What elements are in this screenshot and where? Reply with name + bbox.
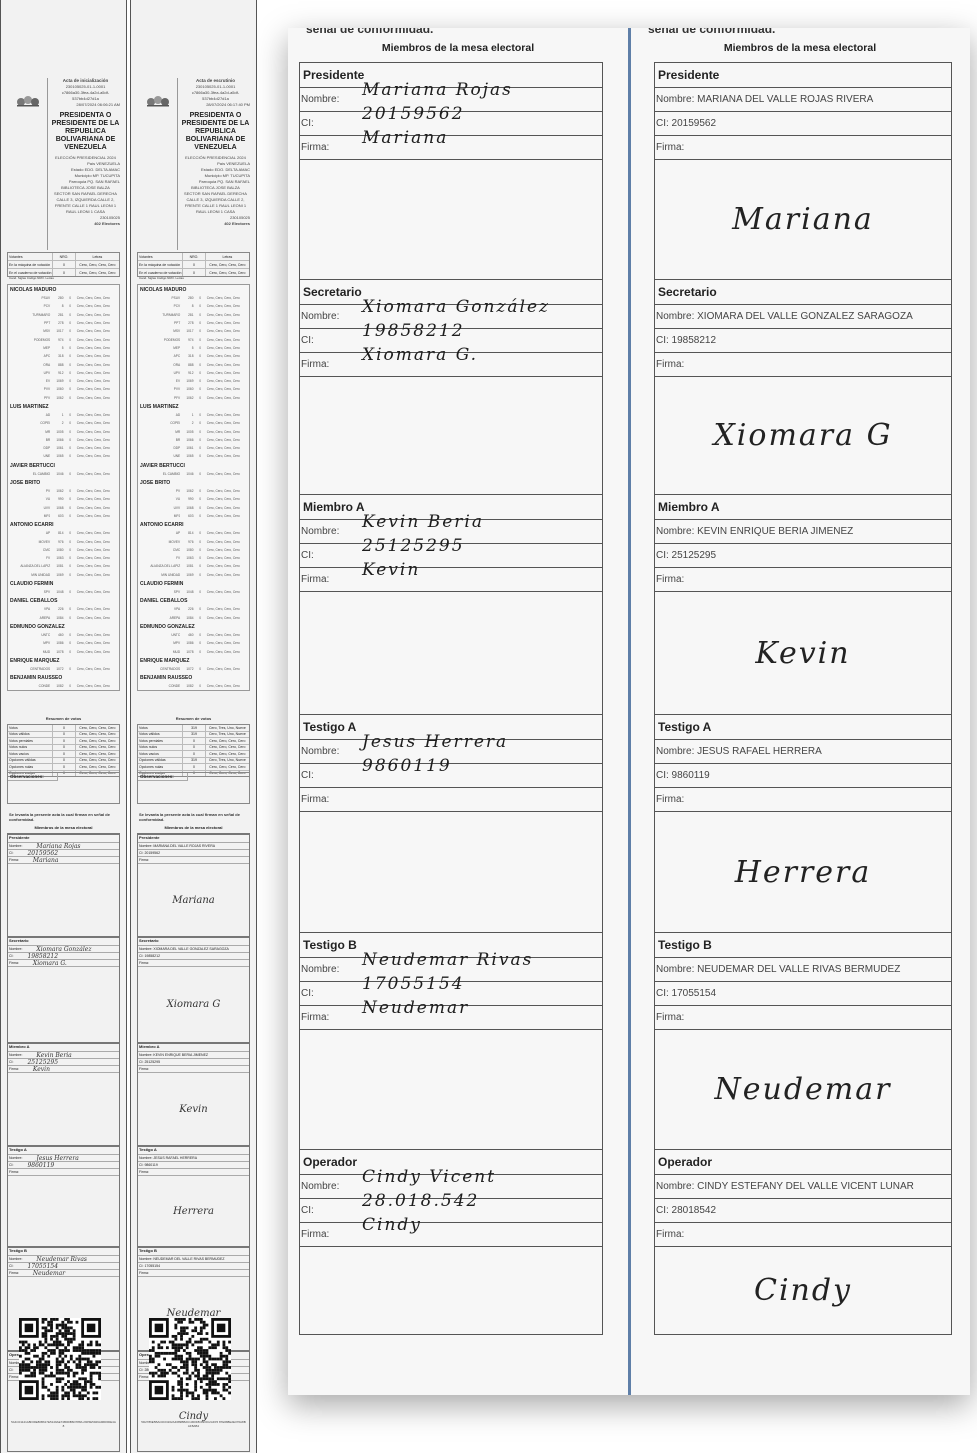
signature-field: Firma: (138, 1270, 249, 1277)
party-row: CONDE10820Cero, Cero, Cero, Cero (8, 682, 119, 690)
party-row: UNTC4600Cero, Cero, Cero, Cero (138, 631, 249, 639)
candidate-results: NICOLAS MADUROPSUV2800Cero, Cero, Cero, … (7, 284, 120, 691)
party-row: PPT2780Cero, Cero, Cero, Cero (138, 319, 249, 327)
party-row: PFV10620Cero, Cero, Cero, Cero (8, 394, 119, 402)
party-acronym: PSUV (8, 296, 50, 300)
firma-label: Firma: (9, 1375, 19, 1379)
party-votes-letters: Cero, Cero, Cero, Cero (77, 321, 119, 325)
party-row: MOVEV9760Cero, Cero, Cero, Cero (8, 537, 119, 545)
party-votes: 0 (193, 438, 206, 442)
name-label: Nombre: MARIANA DEL VALLE ROJAS RIVERA (656, 94, 873, 105)
candidate-subheaders: Cand. Siglas Código NRO. Letras (139, 276, 248, 280)
party-votes: 0 (193, 590, 206, 594)
party-votes: 0 (193, 387, 206, 391)
party-row: COPEI20Cero, Cero, Cero, Cero (8, 419, 119, 427)
cell: 0 (53, 725, 76, 731)
party-row: UNE10650Cero, Cero, Cero, Cero (8, 452, 119, 460)
party-row: TUPAMARO2810Cero, Cero, Cero, Cero (8, 311, 119, 319)
firma-label: Firma: (9, 1271, 19, 1275)
party-acronym: BR (138, 438, 180, 442)
header-cell: Letras (76, 255, 119, 259)
name-label: Nombre: NEUDEMAR DEL VALLE RIVAS BERMUDE… (139, 1257, 225, 1261)
handwritten-signature: Kevin (362, 560, 420, 580)
name-field: Nombre: XIOMARA DEL VALLE GONZALEZ SARAG… (138, 946, 249, 953)
firma-label: Firma: (139, 961, 149, 965)
party-acronym: ALIANZA DEL LAPIZ (8, 564, 50, 568)
ci-label: CI: (301, 988, 314, 999)
party-votes: 0 (193, 472, 206, 476)
firma-label: Firma: (656, 142, 684, 153)
party-code: 1 (180, 413, 193, 417)
cell: 0 (53, 758, 76, 764)
party-code: 280 (50, 296, 63, 300)
handwritten-ci: 25125295 (362, 536, 465, 556)
cell: Cero, Cero, Cero, Cero (206, 745, 249, 749)
signature-field: Firma: (138, 1169, 249, 1176)
party-row: MR10050Cero, Cero, Cero, Cero (8, 427, 119, 435)
signature: Kevin (655, 592, 951, 714)
party-row: PV10620Cero, Cero, Cero, Cero (8, 487, 119, 495)
handwritten-ci: 20159562 (27, 850, 58, 857)
party-acronym: DDP (8, 446, 50, 450)
party-row: MPV10860Cero, Cero, Cero, Cero (8, 639, 119, 647)
party-votes-letters: Cero, Cero, Cero, Cero (207, 641, 249, 645)
party-acronym: TUPAMARO (8, 313, 50, 317)
table-row: En el cuaderno de votación0Cero, Cero, C… (8, 269, 119, 276)
handwritten-name: Xiomara González (36, 946, 91, 953)
party-row: UPV9120Cero, Cero, Cero, Cero (138, 369, 249, 377)
party-row: UNE10650Cero, Cero, Cero, Cero (138, 452, 249, 460)
party-acronym: MEP (138, 346, 180, 350)
mini-section: Miembro ANombre:Kevin BeriaCI:25125295Fi… (7, 1043, 120, 1146)
cell: Opciones válidas (8, 758, 53, 764)
cell: Votos (8, 725, 53, 731)
header-cell: Letras (206, 255, 249, 259)
handwritten-name: Xiomara González (362, 297, 550, 317)
party-row: MOVEV9760Cero, Cero, Cero, Cero (138, 537, 249, 545)
party-row: ALIANZA DEL LAPIZ10810Cero, Cero, Cero, … (8, 562, 119, 570)
party-acronym: PCV (8, 304, 50, 308)
ci-field: CI: 20159562 (655, 112, 951, 136)
party-votes-letters: Cero, Cero, Cero, Cero (207, 684, 249, 688)
cell: Votos válidos (8, 732, 53, 738)
party-row: APC3180Cero, Cero, Cero, Cero (138, 352, 249, 360)
ci-label: CI: (301, 118, 314, 129)
party-code: 888 (180, 363, 193, 367)
firma-label: Firma: (9, 1067, 19, 1071)
act-datetime: 28/07/2024 06:06:21 AM (51, 102, 120, 108)
party-code: 603 (180, 514, 193, 518)
signature-area (8, 967, 119, 1042)
name-field: Nombre: XIOMARA DEL VALLE GONZALEZ SARAG… (655, 305, 951, 329)
firma-label: Firma: (139, 1271, 149, 1275)
party-code: 1 (50, 413, 63, 417)
party-code: 1082 (180, 684, 193, 688)
signature-field: Firma: (655, 568, 951, 592)
cell: En la máquina de votación (8, 261, 53, 268)
party-votes: 0 (63, 329, 76, 333)
handwritten-signature: Mariana (362, 128, 448, 148)
signature-field: Firma: (138, 960, 249, 967)
closing-text-cut: señal de conformidad. (648, 28, 775, 36)
party-votes-letters: Cero, Cero, Cero, Cero (77, 338, 119, 342)
signature-area (300, 377, 602, 495)
cell: Votos nulos (138, 745, 183, 751)
header-cell: Votantes (8, 253, 53, 260)
ci-label: CI: 20159562 (656, 118, 716, 129)
party-code: 1046 (50, 472, 63, 476)
party-row: PCV80Cero, Cero, Cero, Cero (138, 302, 249, 310)
party-votes: 0 (63, 616, 76, 620)
signature-field: Firma: (655, 788, 951, 812)
party-code: 912 (50, 371, 63, 375)
resumen-table: Votos319Cero, Tres, Uno, NueveVotos váli… (137, 724, 250, 777)
party-code: 1069 (50, 379, 63, 383)
party-votes-letters: Cero, Cero, Cero, Cero (77, 421, 119, 425)
party-votes: 0 (63, 573, 76, 577)
party-acronym: CONDE (8, 684, 50, 688)
party-votes: 0 (63, 548, 76, 552)
party-acronym: EV (138, 379, 180, 383)
firma-label: Firma: (656, 1012, 684, 1023)
party-code: 1062 (50, 489, 63, 493)
signature: Neudemar (655, 1030, 951, 1149)
party-votes-letters: Cero, Cero, Cero, Cero (77, 396, 119, 400)
ci-label: CI: (9, 1264, 13, 1268)
party-row: MSV10170Cero, Cero, Cero, Cero (138, 327, 249, 335)
party-votes-letters: Cero, Cero, Cero, Cero (77, 387, 119, 391)
candidate-name: ANTONIO ECARRI (8, 520, 119, 529)
name-label: Nombre: (301, 1181, 339, 1192)
closing-text-cut: señal de conformidad. (306, 28, 433, 36)
party-row: PPT2780Cero, Cero, Cero, Cero (8, 319, 119, 327)
name-field: Nombre: KEVIN ENRIQUE BERIA JIMENEZ (655, 520, 951, 544)
party-row: PV10620Cero, Cero, Cero, Cero (138, 487, 249, 495)
cell: 0 (53, 269, 76, 276)
party-row: AD10Cero, Cero, Cero, Cero (8, 411, 119, 419)
signature-field: Firma: (138, 857, 249, 864)
party-votes-letters: Cero, Cero, Cero, Cero (207, 489, 249, 493)
handwritten-name: Jesus Herrera (362, 732, 508, 752)
party-votes: 0 (63, 446, 76, 450)
name-label: Nombre: JESUS RAFAEL HERRERA (656, 746, 822, 757)
signature-field: Firma:Xiomara G. (8, 960, 119, 967)
party-code: 976 (180, 540, 193, 544)
receipt-header: Acta de escrutinio230105025-01-1-0001c78… (137, 78, 250, 250)
handwritten-ci: 9860119 (27, 1162, 54, 1169)
party-acronym: CENTRADOS (8, 667, 50, 671)
party-votes: 0 (193, 363, 206, 367)
party-row: FV10630Cero, Cero, Cero, Cero (8, 554, 119, 562)
handwritten-ci: 20159562 (362, 104, 465, 124)
cell: Opciones nulas (8, 764, 53, 770)
party-votes: 0 (63, 296, 76, 300)
party-votes: 0 (193, 313, 206, 317)
signature-field: Firma: (655, 1006, 951, 1030)
handwritten-name: Jesus Herrera (36, 1155, 78, 1162)
mesa-section-testigo-b: Testigo BNombre: NEUDEMAR DEL VALLE RIVA… (655, 933, 951, 1150)
party-acronym: PODEMOS (8, 338, 50, 342)
candidate-name: NICOLAS MADURO (8, 285, 119, 294)
party-votes: 0 (193, 616, 206, 620)
direccion: SECTOR SAN RAFAEL DERECHA CALLE 3, IZQUI… (181, 191, 250, 215)
firma-label: Firma: (656, 794, 684, 805)
party-row: MUD10780Cero, Cero, Cero, Cero (8, 647, 119, 655)
party-acronym: PODEMOS (138, 338, 180, 342)
party-row: ORA8880Cero, Cero, Cero, Cero (138, 360, 249, 368)
cell: Cero, Cero, Cero, Cero (206, 752, 249, 756)
firma-label: Firma: (656, 359, 684, 370)
party-row: UVV10680Cero, Cero, Cero, Cero (8, 504, 119, 512)
cell: Votos vacíos (8, 751, 53, 757)
party-code: 1017 (180, 329, 193, 333)
party-votes: 0 (63, 531, 76, 535)
party-acronym: EL CAMBIO (138, 472, 180, 476)
party-votes: 0 (193, 430, 206, 434)
party-votes-letters: Cero, Cero, Cero, Cero (207, 616, 249, 620)
ci-field: CI:9860119 (8, 1162, 119, 1169)
party-row: APC3180Cero, Cero, Cero, Cero (8, 352, 119, 360)
header-cell: Votantes (138, 253, 183, 260)
cell: Cero, Cero, Cero, Cero (206, 765, 249, 769)
party-row: MPV10860Cero, Cero, Cero, Cero (138, 639, 249, 647)
signature-area (8, 1176, 119, 1246)
party-votes-letters: Cero, Cero, Cero, Cero (77, 667, 119, 671)
party-votes-letters: Cero, Cero, Cero, Cero (77, 313, 119, 317)
party-votes-letters: Cero, Cero, Cero, Cero (77, 446, 119, 450)
cell: Votos válidos (138, 732, 183, 738)
party-votes-letters: Cero, Cero, Cero, Cero (207, 296, 249, 300)
party-row: MSV10170Cero, Cero, Cero, Cero (8, 327, 119, 335)
party-code: 1080 (50, 548, 63, 552)
party-votes: 0 (193, 454, 206, 458)
name-label: Nombre: XIOMARA DEL VALLE GONZALEZ SARAG… (656, 311, 913, 322)
cne-logo-icon (145, 94, 171, 108)
signature-area (8, 864, 119, 936)
party-code: 1069 (180, 379, 193, 383)
role-label: Testigo B (138, 1247, 249, 1256)
handwritten-signature: Neudemar (362, 998, 469, 1018)
party-acronym: EV (8, 379, 50, 383)
candidate-name: LUIS MARTINEZ (138, 402, 249, 411)
ci-field: CI:20159562 (300, 112, 602, 136)
party-votes: 0 (63, 506, 76, 510)
firma-label: Firma: (656, 574, 684, 585)
candidate-name: JOSE BRITO (138, 478, 249, 487)
act-hash: c7866a30-3fea-4a2d-a5df-537bb4d27d1a (51, 90, 120, 102)
party-votes: 0 (63, 514, 76, 518)
party-row: COPEI20Cero, Cero, Cero, Cero (138, 419, 249, 427)
ci-label: CI: (9, 1163, 13, 1167)
party-row: MPJ6030Cero, Cero, Cero, Cero (138, 512, 249, 520)
name-label: Nombre: (9, 1053, 22, 1057)
mini-mesa-form: Miembros de la mesa electoralPresidenteN… (7, 825, 120, 1295)
party-votes-letters: Cero, Cero, Cero, Cero (77, 329, 119, 333)
party-row: AD10Cero, Cero, Cero, Cero (138, 411, 249, 419)
party-votes: 0 (193, 573, 206, 577)
candidate-name: JOSE BRITO (8, 478, 119, 487)
firma-label: Firma: (301, 359, 329, 370)
mini-section: Testigo ANombre: JESUS RAFAEL HERRERACI:… (137, 1146, 250, 1247)
party-acronym: MEP (8, 346, 50, 350)
closing-text: Se levanta la presente acta la cual firm… (9, 812, 118, 822)
party-code: 1048 (180, 590, 193, 594)
firma-label: Firma: (139, 1375, 149, 1379)
party-row: MEP50Cero, Cero, Cero, Cero (8, 344, 119, 352)
party-code: 318 (180, 354, 193, 358)
party-row: VPA2260Cero, Cero, Cero, Cero (138, 605, 249, 613)
party-row: CENTRADOS10720Cero, Cero, Cero, Cero (8, 665, 119, 673)
cell: Cero, Cero, Cero, Cero (76, 739, 119, 743)
cell: 0 (53, 261, 76, 268)
party-acronym: PV (8, 489, 50, 493)
signature-field: Firma: (138, 1066, 249, 1073)
candidate-name: DANIEL CEBALLOS (8, 596, 119, 605)
name-label: Nombre: NEUDEMAR DEL VALLE RIVAS BERMUDE… (656, 964, 900, 975)
signature-area (300, 812, 602, 933)
cell: 0 (53, 732, 76, 738)
party-row: VPA2260Cero, Cero, Cero, Cero (8, 605, 119, 613)
firma-label: Firma: (301, 794, 329, 805)
party-votes: 0 (63, 379, 76, 383)
mini-section: SecretarioNombre: XIOMARA DEL VALLE GONZ… (137, 937, 250, 1043)
party-acronym: APC (8, 354, 50, 358)
party-code: 1081 (180, 564, 193, 568)
party-row: FV10630Cero, Cero, Cero, Cero (138, 554, 249, 562)
name-field: Nombre:Xiomara González (8, 946, 119, 953)
party-acronym: MR (8, 430, 50, 434)
party-votes: 0 (193, 650, 206, 654)
handwritten-signature: Kevin (33, 1066, 50, 1073)
party-code: 5 (180, 346, 193, 350)
party-votes-letters: Cero, Cero, Cero, Cero (77, 633, 119, 637)
party-code: 1086 (50, 641, 63, 645)
handwritten-signature: Mariana (33, 857, 59, 864)
ci-field: CI: 17055154 (138, 1263, 249, 1270)
ci-label: CI: 25125295 (139, 1060, 160, 1064)
mesa-section-secretario: SecretarioNombre: XIOMARA DEL VALLE GONZ… (655, 280, 951, 495)
party-acronym: ALIANZA DEL LAPIZ (138, 564, 180, 568)
signature-area (300, 1030, 602, 1150)
party-votes-letters: Cero, Cero, Cero, Cero (207, 321, 249, 325)
party-acronym: AD (138, 413, 180, 417)
cell: En la máquina de votación (138, 261, 183, 268)
candidate-name: ENRIQUE MARQUEZ (138, 656, 249, 665)
party-row: SPV10480Cero, Cero, Cero, Cero (138, 588, 249, 596)
party-row: MEP50Cero, Cero, Cero, Cero (138, 344, 249, 352)
party-acronym: AREPA (138, 616, 180, 620)
party-acronym: CMC (138, 548, 180, 552)
party-acronym: PFV (8, 396, 50, 400)
party-code: 1084 (180, 616, 193, 620)
party-votes-letters: Cero, Cero, Cero, Cero (207, 454, 249, 458)
party-acronym: UVV (138, 506, 180, 510)
party-votes-letters: Cero, Cero, Cero, Cero (207, 650, 249, 654)
mesa-section-miembro-a: Miembro ANombre:Kevin BeriaCI:25125295Fi… (300, 495, 602, 715)
party-code: 1062 (180, 396, 193, 400)
party-code: 814 (50, 531, 63, 535)
cell: Cero, Cero, Cero, Cero (76, 726, 119, 730)
handwritten-name: Kevin Beria (36, 1052, 71, 1059)
party-votes: 0 (63, 421, 76, 425)
party-code: 318 (50, 354, 63, 358)
party-code: 460 (50, 633, 63, 637)
party-votes-letters: Cero, Cero, Cero, Cero (77, 616, 119, 620)
party-acronym: APC (138, 354, 180, 358)
party-votes-letters: Cero, Cero, Cero, Cero (77, 296, 119, 300)
ci-label: CI: 17055154 (656, 988, 716, 999)
party-code: 278 (50, 321, 63, 325)
cell: Cero, Cero, Cero, Cero (76, 732, 119, 736)
party-votes-letters: Cero, Cero, Cero, Cero (207, 313, 249, 317)
party-row: AP8140Cero, Cero, Cero, Cero (138, 529, 249, 537)
mesa-header: Miembros de la mesa electoral (630, 42, 970, 54)
firma-label: Firma: (656, 1229, 684, 1240)
table-header-row: VotantesNRO.Letras (8, 253, 119, 261)
party-row: EL CAMBIO10460Cero, Cero, Cero, Cero (138, 470, 249, 478)
candidate-name: CLAUDIO FERMIN (8, 579, 119, 588)
mini-section: PresidenteNombre:Mariana RojasCI:2015956… (7, 833, 120, 937)
party-code: 1068 (180, 506, 193, 510)
party-acronym: CMC (8, 548, 50, 552)
party-votes-letters: Cero, Cero, Cero, Cero (77, 564, 119, 568)
cell: Cero, Cero, Cero, Cero (76, 263, 119, 267)
role-label: Testigo A (138, 1146, 249, 1155)
party-votes-letters: Cero, Cero, Cero, Cero (207, 540, 249, 544)
cell: Opciones nulas (138, 764, 183, 770)
party-row: UNTC4600Cero, Cero, Cero, Cero (8, 631, 119, 639)
party-votes: 0 (63, 354, 76, 358)
header-divider (47, 78, 48, 250)
party-votes-letters: Cero, Cero, Cero, Cero (207, 573, 249, 577)
firma-label: Firma: (9, 961, 19, 965)
role-label: Testigo A (8, 1146, 119, 1155)
party-votes: 0 (63, 304, 76, 308)
ci-label: CI: (301, 770, 314, 781)
party-votes: 0 (193, 338, 206, 342)
role-label: Presidente (8, 834, 119, 843)
signature-field: Firma:Mariana (8, 857, 119, 864)
party-code: 1061 (180, 446, 193, 450)
party-votes: 0 (63, 489, 76, 493)
mesa-header: Miembros de la mesa electoral (7, 825, 120, 833)
mini-mesa-form: Miembros de la mesa electoralPresidenteN… (137, 825, 250, 1295)
act-hash: c7866a30-3fea-4a2d-a5df-537bb4d27d1a (181, 90, 250, 102)
party-row: CENTRADOS10720Cero, Cero, Cero, Cero (138, 665, 249, 673)
cell: Cero, Cero, Cero, Cero (206, 271, 249, 275)
party-code: 1086 (180, 641, 193, 645)
mesa-section-presidente: PresidenteNombre:Mariana RojasCI:2015956… (300, 63, 602, 280)
party-row: PVV10600Cero, Cero, Cero, Cero (138, 385, 249, 393)
signature-field: Firma: (655, 136, 951, 160)
ci-field: CI:19858212 (8, 953, 119, 960)
party-votes-letters: Cero, Cero, Cero, Cero (77, 413, 119, 417)
party-votes-letters: Cero, Cero, Cero, Cero (207, 363, 249, 367)
mesa-header: Miembros de la mesa electoral (137, 825, 250, 833)
ci-label: CI: (301, 1205, 314, 1216)
party-code: 5 (50, 346, 63, 350)
name-label: Nombre: (9, 1257, 22, 1261)
party-acronym: CONDE (138, 684, 180, 688)
party-votes: 0 (193, 641, 206, 645)
party-code: 1060 (180, 387, 193, 391)
party-acronym: MOVEV (8, 540, 50, 544)
mesa-form-printed: PresidenteNombre: MARIANA DEL VALLE ROJA… (654, 62, 952, 1335)
party-row: UVV10680Cero, Cero, Cero, Cero (138, 504, 249, 512)
party-votes-letters: Cero, Cero, Cero, Cero (207, 354, 249, 358)
handwritten-ci: 19858212 (362, 321, 465, 341)
party-votes-letters: Cero, Cero, Cero, Cero (207, 329, 249, 333)
